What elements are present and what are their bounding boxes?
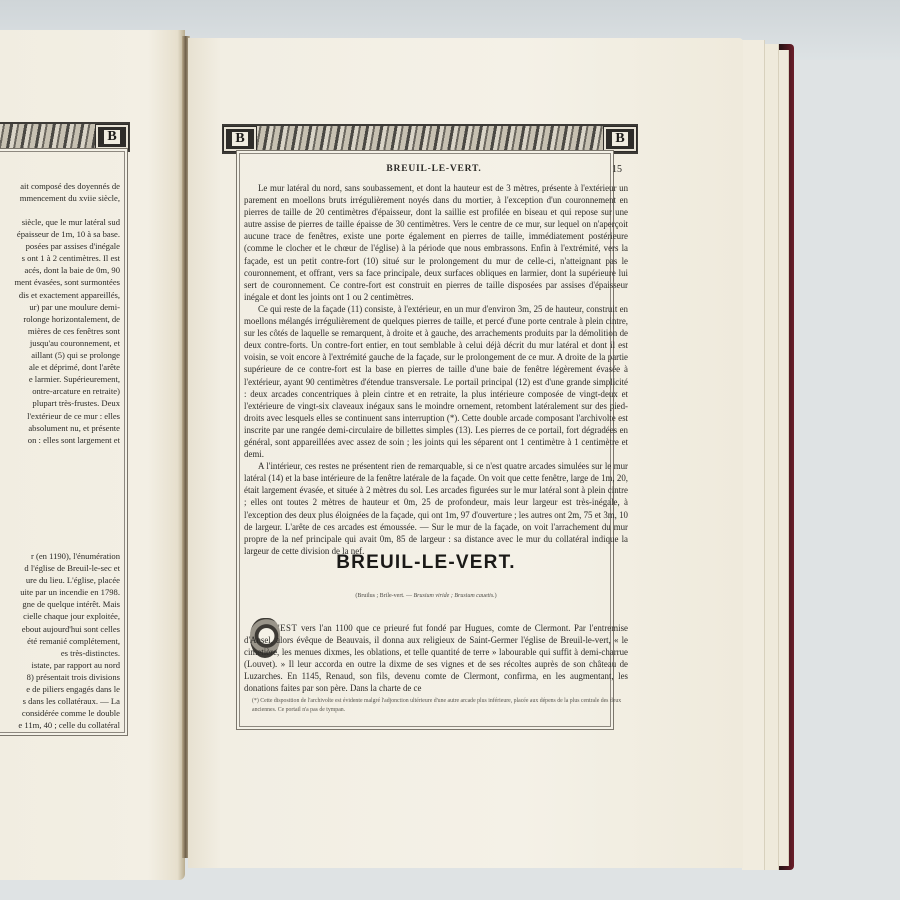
text-line: e larmier. Supérieurement, — [0, 373, 120, 385]
text-line: mmencement du xviie siècle, — [0, 192, 120, 204]
left-page-text-top: ait composé des doyennés de mmencement d… — [0, 180, 120, 204]
footnote: (*) Cette disposition de l'archivolte es… — [252, 697, 622, 715]
running-title: BREUIL-LE-VERT. — [246, 164, 622, 174]
text-line: l'extérieur de ce mur : elles — [0, 410, 120, 422]
intro-text: vers l'an 1100 que ce prieuré fut fondé … — [244, 623, 628, 693]
left-page-text-bottom: r (en 1190), l'énumération d l'église de… — [0, 550, 120, 731]
text-line: s dans les collatéraux. — La — [0, 695, 120, 707]
text-line: uite par un incendie en 1798. — [0, 586, 120, 598]
vine-ornament — [256, 126, 604, 152]
text-line: d l'église de Breuil-le-sec et — [0, 562, 120, 574]
text-line: r (en 1190), l'énumération — [0, 550, 120, 562]
text-line: cielle chaque jour exploitée, — [0, 610, 120, 622]
text-line: dis et exactement appareillés, — [0, 289, 120, 301]
band-letter-box: B — [96, 125, 128, 149]
text-line: plupart très-frustes. Deux — [0, 397, 120, 409]
text-line: mières de ces fenêtres sont — [0, 325, 120, 337]
text-line: ure du lieu. L'église, placée — [0, 574, 120, 586]
paragraph: Le mur latéral du nord, sans soubassemen… — [244, 182, 628, 303]
section-subtitle: (Bruilus ; Brile-vert. — Brusium viride … — [236, 593, 616, 599]
page-header: BREUIL-LE-VERT. 15 — [246, 164, 622, 180]
section-title: BREUIL-LE-VERT. — [236, 552, 616, 574]
band-letter: B — [232, 132, 247, 146]
paragraph: A l'intérieur, ces restes ne présentent … — [244, 460, 628, 557]
page-edge — [764, 44, 779, 870]
vine-ornament — [0, 124, 96, 150]
text-line: ontre-arcature en retraite) — [0, 385, 120, 397]
text-line: été remanié complétement, — [0, 635, 120, 647]
text-line: es très-distinctes. — [0, 647, 120, 659]
subtitle-close: ) — [495, 593, 497, 599]
text-line: istate, par rapport au nord — [0, 659, 120, 671]
left-page-text-middle: siècle, que le mur latéral sud épaisseur… — [0, 216, 120, 446]
band-letter-box-left: B — [224, 127, 256, 151]
band-letter: B — [612, 132, 627, 146]
text-line: siècle, que le mur latéral sud — [0, 216, 120, 228]
subtitle-latin: Brusium viride ; Brusium cauetis. — [414, 593, 495, 599]
text-line: ur) par une moulure demi- — [0, 301, 120, 313]
text-line: e de piliers engagés dans le — [0, 683, 120, 695]
page-number: 15 — [612, 164, 622, 175]
text-line: absolument nu, et présente — [0, 422, 120, 434]
text-line: ebout aujourd'hui sont celles — [0, 623, 120, 635]
text-line: considérée comme le double — [0, 707, 120, 719]
text-line: aillant (5) qui se prolonge — [0, 349, 120, 361]
text-line: épaisseur de 1m, 10 à sa base. — [0, 228, 120, 240]
text-line: posées par assises d'inégale — [0, 240, 120, 252]
subtitle-text: (Bruilus ; Brile-vert. — — [355, 593, 413, 599]
text-line: gne de quelque intérêt. Mais — [0, 598, 120, 610]
body-text: Le mur latéral du nord, sans soubassemen… — [244, 182, 628, 557]
paragraph: Ce qui reste de la façade (11) consiste,… — [244, 303, 628, 460]
page-edge — [742, 40, 765, 870]
text-line: acés, dont la baie de 0m, 90 — [0, 264, 120, 276]
page-edge — [778, 50, 789, 866]
band-letter: B — [104, 130, 119, 144]
text-line: 8) présentait trois divisions — [0, 671, 120, 683]
text-line: on : elles sont largement et — [0, 434, 120, 446]
intro-paragraph: 'EST vers l'an 1100 que ce prieuré fut f… — [244, 622, 628, 695]
text-line: s ont 1 à 2 centimètres. Il est — [0, 252, 120, 264]
text-line: ment évasées, sont surmontées — [0, 276, 120, 288]
text-line: rolonge horizontalement, de — [0, 313, 120, 325]
text-line: e 11m, 40 ; celle du collatéral — [0, 719, 120, 731]
band-letter-box-right: B — [604, 127, 636, 151]
intro-smallcaps: 'EST — [278, 623, 297, 633]
text-line: jusqu'au couronnement, et — [0, 337, 120, 349]
text-line: ale et déprimé, dont l'arête — [0, 361, 120, 373]
text-line: ait composé des doyennés de — [0, 180, 120, 192]
